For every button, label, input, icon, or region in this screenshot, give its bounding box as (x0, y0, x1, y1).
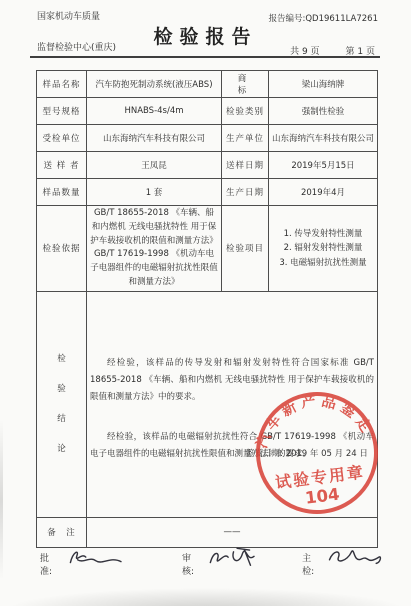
header-divider (30, 56, 380, 58)
sample-name-value: 汽车防抱死制动系统(液压ABS) (87, 71, 222, 98)
sample-sender-value: 王凤昆 (87, 152, 222, 179)
inspected-unit-value: 山东海纳汽车科技有限公司 (87, 125, 222, 152)
inspection-type-value: 强制性检验 (269, 98, 378, 125)
table-row: 检验依据 GB/T 18655-2018 《车辆、船和内燃机 无线电骚扰特性 用… (37, 206, 378, 292)
scanned-report-page: 国家机动车质量 监督检验中心(重庆) 检验报告 报告编号:QD19611LA72… (0, 0, 411, 606)
basis-standard-1: GB/T 18655-2018 《车辆、船和内燃机 无线电骚扰特性 用于保护车载… (90, 207, 218, 248)
inspect-label: 主检: (302, 543, 321, 577)
sample-date-label: 送样日期 (222, 152, 269, 179)
model-spec-value: HNABS-4s/4m (87, 98, 222, 125)
approver-signature (65, 543, 130, 573)
chief-inspector-group: 主检: (302, 543, 386, 577)
sample-quantity-value: 1 套 (87, 179, 222, 206)
table-row: 受检单位 山东海纳汽车科技有限公司 生产单位 山东海纳汽车科技有限公司 (37, 125, 378, 152)
inspection-items-value: 1. 传导发射特性测量 2. 辐射发射特性测量 3. 电磁辐射抗扰性测量 (269, 206, 378, 292)
signature-row: 批准: 审核: 主检: (40, 543, 377, 577)
model-spec-label: 型号规格 (37, 98, 87, 125)
chief-inspector-signature (325, 543, 386, 573)
table-row: 样品数量 1 套 生产日期 2019年4月 (37, 179, 378, 206)
approve-label: 批准: (40, 543, 59, 577)
basis-standard-2: GB/T 17619-1998 《机动车电子电器组件的电磁辐射抗扰性限值和测量方… (90, 248, 218, 289)
sample-sender-label: 送 样 者 (37, 152, 87, 179)
trademark-value: 梁山海纳牌 (269, 71, 378, 98)
inspection-basis-value: GB/T 18655-2018 《车辆、船和内燃机 无线电骚扰特性 用于保护车载… (87, 206, 222, 292)
scan-edge-smudge (0, 420, 3, 580)
table-row: 送 样 者 王凤昆 送样日期 2019年5月15日 (37, 152, 378, 179)
sample-name-label: 样品名称 (37, 71, 87, 98)
production-unit-label: 生产单位 (222, 125, 269, 152)
inspection-item: 3. 电磁辐射抗扰性测量 (272, 256, 374, 270)
report-number: 报告编号:QD19611LA7261 (268, 12, 378, 24)
inspected-unit-label: 受检单位 (37, 125, 87, 152)
sample-date-value: 2019年5月15日 (269, 152, 378, 179)
approval-stamp: 汽车新产品鉴定 试验专用章 104 (245, 381, 390, 526)
production-unit-value: 山东海纳汽车科技有限公司 (269, 125, 378, 152)
review-label: 审核: (182, 543, 201, 577)
inspection-items-label: 检验项目 (222, 206, 269, 292)
inspection-item: 1. 传导发射特性测量 (272, 227, 374, 241)
production-date-label: 生产日期 (222, 179, 269, 206)
stamp-number: 104 (304, 485, 341, 508)
inspection-basis-label: 检验依据 (37, 206, 87, 292)
scan-bottom-shadow (0, 576, 411, 606)
inspection-type-label: 检验类别 (222, 98, 269, 125)
sample-quantity-label: 样品数量 (37, 179, 87, 206)
table-row: 样品名称 汽车防抱死制动系统(液压ABS) 商 标 梁山海纳牌 (37, 71, 378, 98)
reviewer-group: 审核: (182, 543, 260, 577)
approver-group: 批准: (40, 543, 130, 577)
table-row: 型号规格 HNABS-4s/4m 检验类别 强制性检验 (37, 98, 378, 125)
production-date-value: 2019年4月 (269, 179, 378, 206)
conclusion-label: 检 验 结 论 (37, 291, 87, 517)
reviewer-signature (205, 543, 260, 575)
trademark-label: 商 标 (222, 71, 269, 98)
inspection-item: 2. 辐射发射特性测量 (272, 241, 374, 255)
